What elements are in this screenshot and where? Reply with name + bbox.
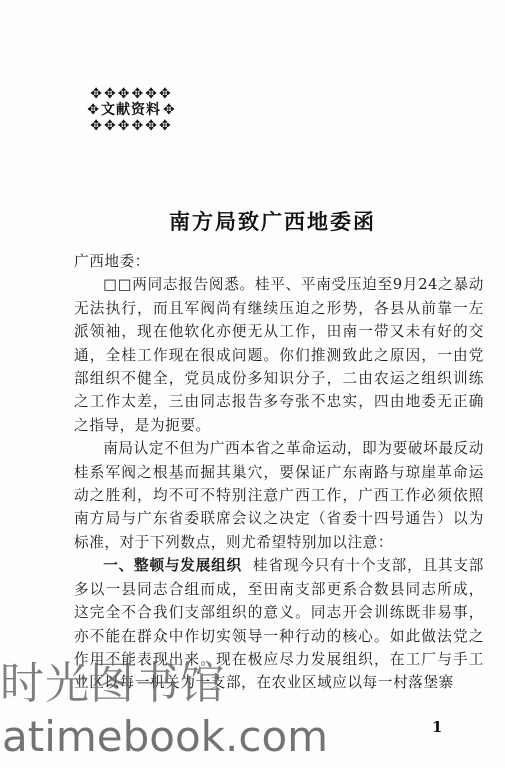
flower-ornament-icon: ✥ xyxy=(145,87,158,101)
flower-ornament-icon: ✥ xyxy=(87,103,99,117)
flower-ornament-icon: ✥ xyxy=(90,119,103,133)
section-one-heading: 一、整顿与发展组织 xyxy=(103,557,242,574)
ornament-top-row: ✥ ✥ ✥ ✥ ✥ ✥ xyxy=(90,87,171,101)
watermark-chinese: 时光图书馆 xyxy=(0,660,225,708)
flower-ornament-icon: ✥ xyxy=(118,87,131,101)
flower-ornament-icon: ✥ xyxy=(163,103,175,117)
ornament-middle-row: ✥ 文献资料 ✥ xyxy=(87,102,174,118)
document-page: ✥ ✥ ✥ ✥ ✥ ✥ ✥ 文献资料 ✥ ✥ ✥ ✥ ✥ ✥ ✥ 南方局致广西地… xyxy=(0,0,505,768)
flower-ornament-icon: ✥ xyxy=(159,87,172,101)
paragraph-2: 南局认定不但为广西本省之革命运动，即为要破坏最反动桂系军阀之根基而掘其巢穴，要保… xyxy=(74,437,484,554)
flower-ornament-icon: ✥ xyxy=(159,119,172,133)
letter-body: 广西地委： □□两同志报告阅悉。桂平、平南受压迫至9月24之暴动无法执行，而且军… xyxy=(74,250,484,695)
flower-ornament-icon: ✥ xyxy=(132,87,145,101)
paragraph-1: □□两同志报告阅悉。桂平、平南受压迫至9月24之暴动无法执行，而且军阀尚有继续压… xyxy=(74,273,484,437)
flower-ornament-icon: ✥ xyxy=(118,119,131,133)
page-number: 1 xyxy=(432,718,442,736)
section-label: 文献资料 xyxy=(101,102,161,118)
flower-ornament-icon: ✥ xyxy=(104,87,117,101)
flower-ornament-icon: ✥ xyxy=(90,87,103,101)
flower-ornament-icon: ✥ xyxy=(132,119,145,133)
watermark-url: atimebook.com xyxy=(2,712,328,762)
section-label-ornament: ✥ ✥ ✥ ✥ ✥ ✥ ✥ 文献资料 ✥ ✥ ✥ ✥ ✥ ✥ ✥ xyxy=(80,87,182,133)
document-title: 南方局致广西地委函 xyxy=(0,206,505,236)
flower-ornament-icon: ✥ xyxy=(104,119,117,133)
ornament-bottom-row: ✥ ✥ ✥ ✥ ✥ ✥ xyxy=(90,119,171,133)
flower-ornament-icon: ✥ xyxy=(145,119,158,133)
salutation: 广西地委： xyxy=(74,250,484,273)
